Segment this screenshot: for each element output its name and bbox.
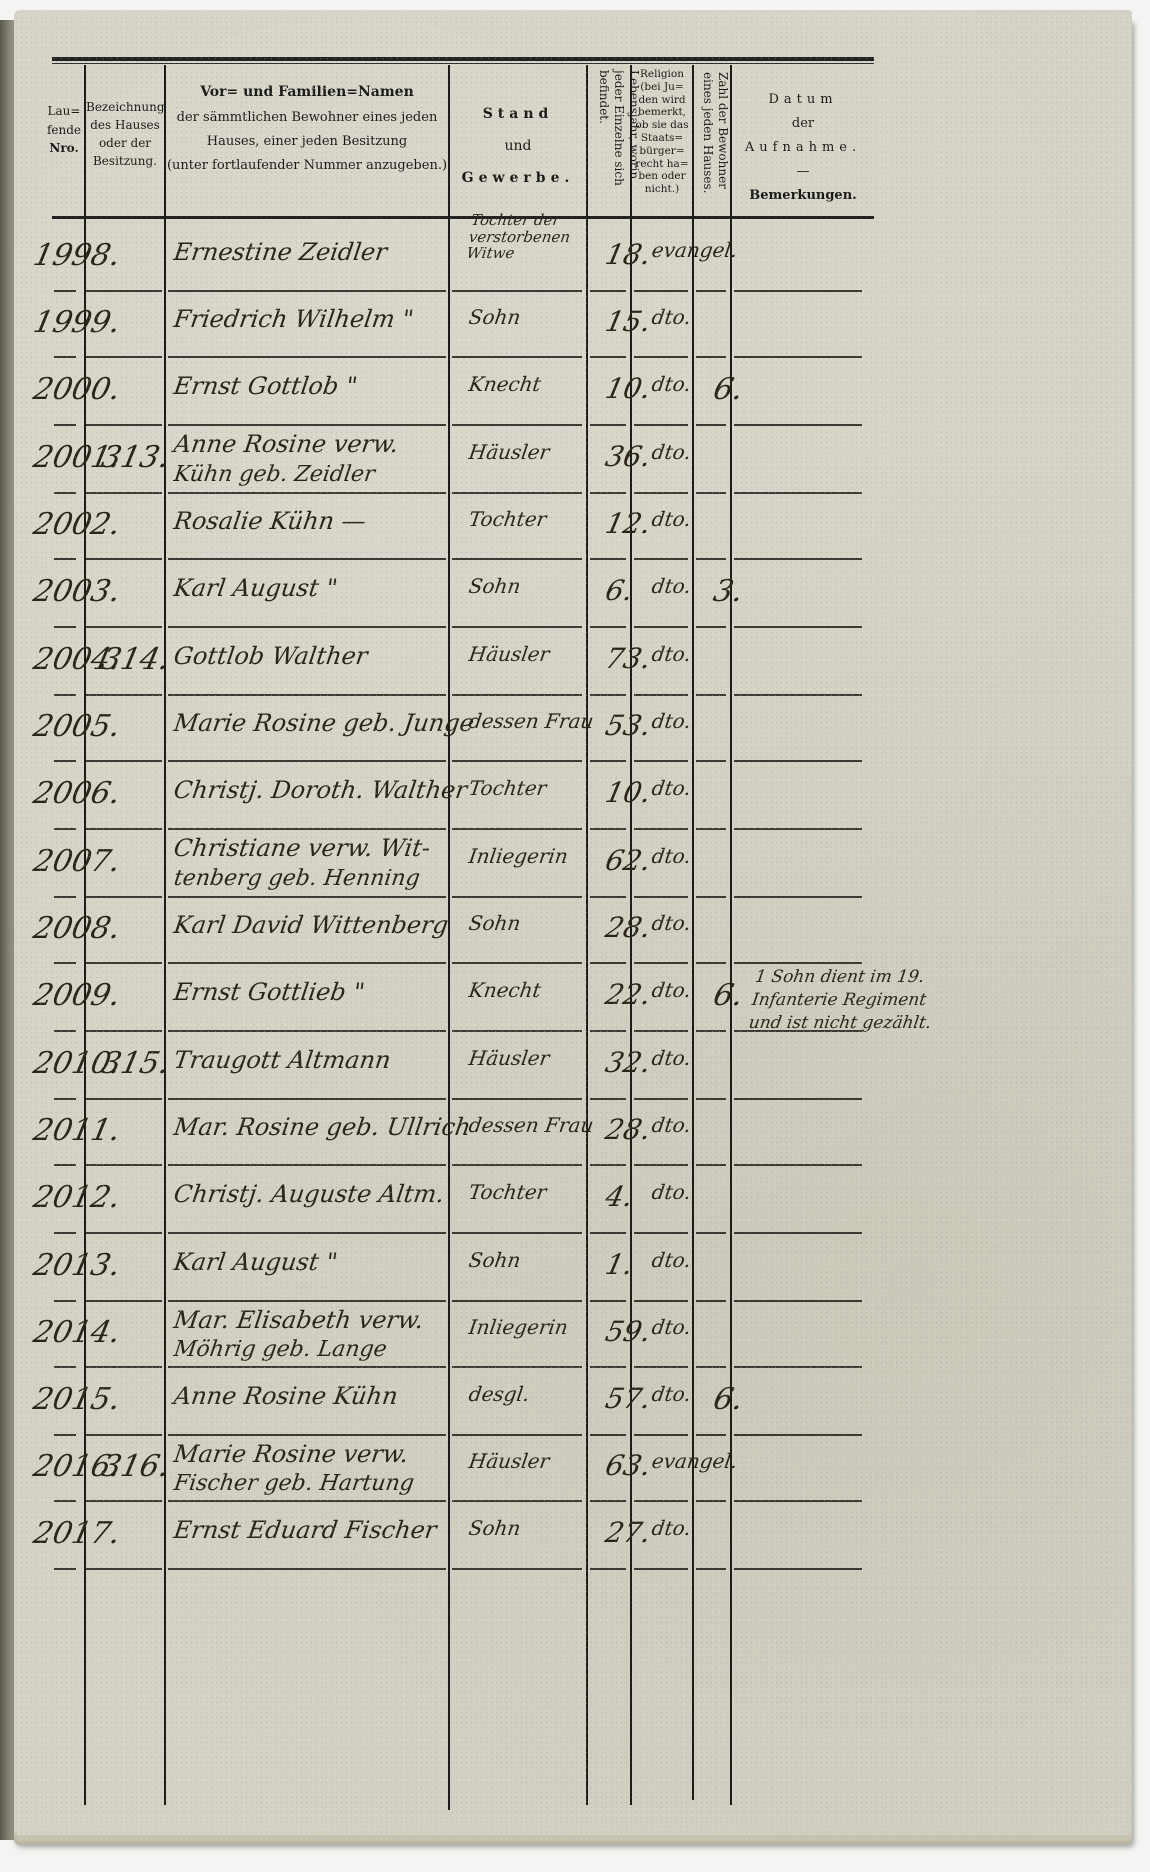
row-rule [696,1366,726,1368]
row-rule [734,290,862,292]
age: 27. [602,1516,654,1549]
row-rule [634,356,688,358]
row-rule [634,290,688,292]
row-rule [54,1300,76,1302]
row-rule [590,896,626,898]
row-rule [86,1030,162,1032]
age: 36. [602,440,654,473]
religion: dto. [650,776,692,800]
row-rule [590,1098,626,1100]
row-rule [54,1030,76,1032]
row-rule [168,492,446,494]
resident-name: Ernestine Zeidler [172,238,389,266]
row-rule [634,1366,688,1368]
house-number: 315. [98,1046,172,1081]
register-page: Lau= fende Nro. Bezeichnung des Hauses o… [14,10,1132,1835]
row-rule [54,760,76,762]
row-rule [734,828,862,830]
row-rule [86,424,162,426]
age: 28. [602,911,654,944]
row-rule [168,962,446,964]
row-rule [634,1300,688,1302]
entry-number: 2017. [30,1516,123,1551]
religion: dto. [650,1248,692,1272]
row-rule [590,1164,626,1166]
row-rule [54,1232,76,1234]
row-rule [168,558,446,560]
row-rule [168,828,446,830]
entry-number: 2015. [30,1382,123,1417]
row-rule [590,1500,626,1502]
occupation: dessen Frau [467,709,595,733]
house-number: 314. [98,642,172,677]
religion: dto. [650,507,692,531]
row-rule [734,694,862,696]
resident-name: Marie Rosine verw. [172,1440,410,1468]
religion: dto. [650,574,692,598]
row-rule [452,1030,582,1032]
row-rule [54,626,76,628]
col-divider-2 [164,65,166,1805]
row-rule [452,1500,582,1502]
row-rule [634,626,688,628]
religion: dto. [650,1180,692,1204]
row-rule [634,1030,688,1032]
row-rule [734,1434,862,1436]
row-rule [452,492,582,494]
row-rule [452,356,582,358]
row-rule [452,1164,582,1166]
row-rule [734,1366,862,1368]
row-rule [54,1164,76,1166]
row-rule [734,356,862,358]
occupation: Knecht [467,978,542,1002]
remark: 1 Sohn dient im 19. Infanterie Regiment … [747,966,939,1035]
row-rule [696,626,726,628]
resident-name-line2: Fischer geb. Hartung [172,1471,415,1496]
resident-name: Ernst Gottlob " [172,372,359,400]
row-rule [86,626,162,628]
row-rule [590,962,626,964]
row-rule [168,424,446,426]
row-rule [452,1232,582,1234]
resident-name: Gottlob Walther [172,642,369,670]
resident-name: Rosalie Kühn — [172,507,368,535]
header-namen: Vor= und Familien=Namen der sämmtlichen … [166,80,448,178]
age: 18. [602,238,654,271]
age: 12. [602,507,654,540]
row-rule [734,1164,862,1166]
row-rule [590,1030,626,1032]
row-rule [168,1500,446,1502]
row-rule [734,626,862,628]
occupation: dessen Frau [467,1113,595,1137]
row-rule [734,492,862,494]
row-rule [696,356,726,358]
row-rule [86,694,162,696]
row-rule [696,1232,726,1234]
row-rule [168,1366,446,1368]
row-rule [634,828,688,830]
age: 28. [602,1113,654,1146]
resident-name-line2: Kühn geb. Zeidler [172,462,376,487]
row-rule [590,356,626,358]
row-rule [54,828,76,830]
row-rule [168,626,446,628]
resident-name: Anne Rosine Kühn [172,1382,400,1410]
header-laufende-nro: Lau= fende Nro. [42,102,86,158]
row-rule [734,962,862,964]
row-rule [54,1366,76,1368]
row-rule [168,1030,446,1032]
entry-number: 1999. [30,305,123,340]
religion: dto. [650,844,692,868]
entry-number: 2008. [30,911,123,946]
age: 53. [602,709,654,742]
entry-number: 2005. [30,709,123,744]
row-rule [590,1434,626,1436]
row-rule [168,1232,446,1234]
resident-name-line2: Möhrig geb. Lange [172,1337,388,1362]
row-rule [734,1098,862,1100]
row-rule [452,694,582,696]
entry-number: 2013. [30,1248,123,1283]
age: 73. [602,642,654,675]
row-rule [696,1434,726,1436]
row-rule [734,896,862,898]
row-rule [590,290,626,292]
row-rule [86,492,162,494]
occupation: Tochter [467,1180,548,1204]
house-number: 313. [98,440,172,475]
row-rule [590,1568,626,1570]
resident-name: Christj. Doroth. Walther [172,776,469,804]
entry-number: 2007. [30,844,123,879]
occupation: Inliegerin [467,844,569,868]
row-rule [452,760,582,762]
religion: dto. [650,911,692,935]
row-rule [696,1300,726,1302]
row-rule [452,424,582,426]
religion: dto. [650,440,692,464]
row-rule [452,896,582,898]
row-rule [452,558,582,560]
row-rule [696,1098,726,1100]
occupation: Tochter [467,507,548,531]
row-rule [168,694,446,696]
occupation: desgl. [467,1382,531,1406]
religion: evangel. [650,1449,739,1473]
row-rule [590,558,626,560]
occupation: Sohn [467,1516,522,1540]
header-rule [52,216,874,219]
row-rule [452,1434,582,1436]
occupation: Sohn [467,1248,522,1272]
entry-number: 2011. [30,1113,123,1148]
row-rule [696,962,726,964]
row-rule [86,962,162,964]
row-rule [634,1500,688,1502]
occupation: Häusler [467,1046,551,1070]
row-rule [54,558,76,560]
row-rule [168,1098,446,1100]
row-rule [634,1098,688,1100]
age: 32. [602,1046,654,1079]
age: 22. [602,978,654,1011]
entry-number: 2009. [30,978,123,1013]
entry-number: 2006. [30,776,123,811]
resident-name: Karl David Wittenberg [172,911,450,939]
row-rule [54,424,76,426]
row-rule [590,492,626,494]
resident-name: Christiane verw. Wit- [172,834,432,862]
age: 59. [602,1315,654,1348]
religion: dto. [650,1516,692,1540]
row-rule [590,626,626,628]
entry-number: 2000. [30,372,123,407]
religion: dto. [650,978,692,1002]
previous-page-edge [0,20,14,1840]
row-rule [696,694,726,696]
religion: dto. [650,642,692,666]
resident-name: Karl August " [172,1248,339,1276]
resident-name: Ernst Gottlieb " [172,978,366,1006]
row-rule [86,1500,162,1502]
row-rule [734,1300,862,1302]
resident-name: Mar. Elisabeth verw. [172,1306,425,1334]
row-rule [696,760,726,762]
age: 10. [602,372,654,405]
resident-name: Anne Rosine verw. [172,430,400,458]
row-rule [634,1164,688,1166]
occupation: Inliegerin [467,1315,569,1339]
row-rule [452,626,582,628]
row-rule [696,1568,726,1570]
resident-name: Christj. Auguste Altm. [172,1180,446,1208]
resident-name: Karl August " [172,574,339,602]
row-rule [634,558,688,560]
resident-name: Friedrich Wilhelm " [172,305,415,333]
col-divider-3 [448,65,450,1810]
row-rule [696,1500,726,1502]
row-rule [590,1366,626,1368]
row-rule [452,1098,582,1100]
row-rule [54,356,76,358]
entry-number: 2003. [30,574,123,609]
occupation: Sohn [467,911,522,935]
row-rule [634,694,688,696]
row-rule [696,424,726,426]
religion: dto. [650,709,692,733]
row-rule [86,1232,162,1234]
religion: dto. [650,305,692,329]
resident-name: Traugott Altmann [172,1046,393,1074]
header-stand-gewerbe: Stand und Gewerbe. [450,98,586,195]
row-rule [54,896,76,898]
resident-name-line2: tenberg geb. Henning [172,866,421,891]
occupation: Häusler [467,440,551,464]
religion: dto. [650,372,692,396]
age: 15. [602,305,654,338]
row-rule [86,896,162,898]
row-rule [634,1568,688,1570]
religion: dto. [650,1046,692,1070]
resident-name: Ernst Eduard Fischer [172,1516,438,1544]
row-rule [734,760,862,762]
row-rule [54,694,76,696]
occupation: Knecht [467,372,542,396]
household-count: 6. [710,372,746,407]
row-rule [452,1568,582,1570]
age: 63. [602,1449,654,1482]
row-rule [734,1232,862,1234]
col-divider-6 [692,65,694,1800]
row-rule [590,760,626,762]
row-rule [54,492,76,494]
entry-number: 2012. [30,1180,123,1215]
row-rule [452,1300,582,1302]
religion: dto. [650,1382,692,1406]
row-rule [168,1300,446,1302]
row-rule [734,558,862,560]
row-rule [168,1568,446,1570]
row-rule [86,1366,162,1368]
row-rule [86,1098,162,1100]
age: 10. [602,776,654,809]
occupation: Häusler [467,642,551,666]
resident-name: Mar. Rosine geb. Ullrich [172,1113,473,1141]
row-rule [452,962,582,964]
header-zahl: Zahl der Bewohner eines jeden Hauses. [700,72,730,212]
row-rule [86,1568,162,1570]
row-rule [634,1232,688,1234]
occupation: Tochter der verstorbenen Witwe [466,212,588,262]
top-rule-thin [52,63,874,64]
top-rule [52,57,874,61]
row-rule [86,1300,162,1302]
row-rule [54,962,76,964]
row-rule [54,1568,76,1570]
row-rule [734,1500,862,1502]
age: 57. [602,1382,654,1415]
row-rule [54,290,76,292]
row-rule [452,828,582,830]
row-rule [696,828,726,830]
religion: evangel. [650,238,739,262]
header-religion: Religion (bei Ju= den wird bemerkt, ob s… [632,68,692,196]
row-rule [54,1434,76,1436]
row-rule [168,760,446,762]
row-rule [696,1030,726,1032]
row-rule [590,1232,626,1234]
occupation: Sohn [467,574,522,598]
row-rule [168,1434,446,1436]
row-rule [634,492,688,494]
row-rule [696,290,726,292]
row-rule [696,492,726,494]
religion: dto. [650,1113,692,1137]
row-rule [86,760,162,762]
row-rule [734,424,862,426]
row-rule [168,1164,446,1166]
row-rule [634,962,688,964]
religion: dto. [650,1315,692,1339]
row-rule [86,1164,162,1166]
row-rule [590,1300,626,1302]
row-rule [168,896,446,898]
row-rule [590,424,626,426]
row-rule [634,896,688,898]
household-count: 6. [710,978,746,1013]
household-count: 6. [710,1382,746,1417]
col-divider-7 [730,65,732,1805]
row-rule [696,896,726,898]
col-divider-4 [586,65,588,1805]
row-rule [452,290,582,292]
row-rule [86,828,162,830]
occupation: Tochter [467,776,548,800]
row-rule [634,1434,688,1436]
row-rule [696,1164,726,1166]
row-rule [590,828,626,830]
row-rule [734,1568,862,1570]
row-rule [86,356,162,358]
house-number: 316. [98,1449,172,1484]
row-rule [54,1500,76,1502]
resident-name: Marie Rosine geb. Junge [172,709,476,737]
entry-number: 1998. [30,238,123,273]
row-rule [634,760,688,762]
entry-number: 2014. [30,1315,123,1350]
age: 62. [602,844,654,877]
row-rule [634,424,688,426]
row-rule [696,558,726,560]
header-datum-bemerkungen: Datum der Aufnahme. — Bemerkungen. [732,88,874,208]
row-rule [54,1098,76,1100]
occupation: Sohn [467,305,522,329]
entry-number: 2002. [30,507,123,542]
row-rule [452,1366,582,1368]
row-rule [168,356,446,358]
row-rule [168,290,446,292]
row-rule [86,558,162,560]
occupation: Häusler [467,1449,551,1473]
header-bezeichnung: Bezeichnung des Hauses oder der Besitzun… [86,98,164,170]
row-rule [86,1434,162,1436]
household-count: 3. [710,574,746,609]
row-rule [590,694,626,696]
row-rule [86,290,162,292]
